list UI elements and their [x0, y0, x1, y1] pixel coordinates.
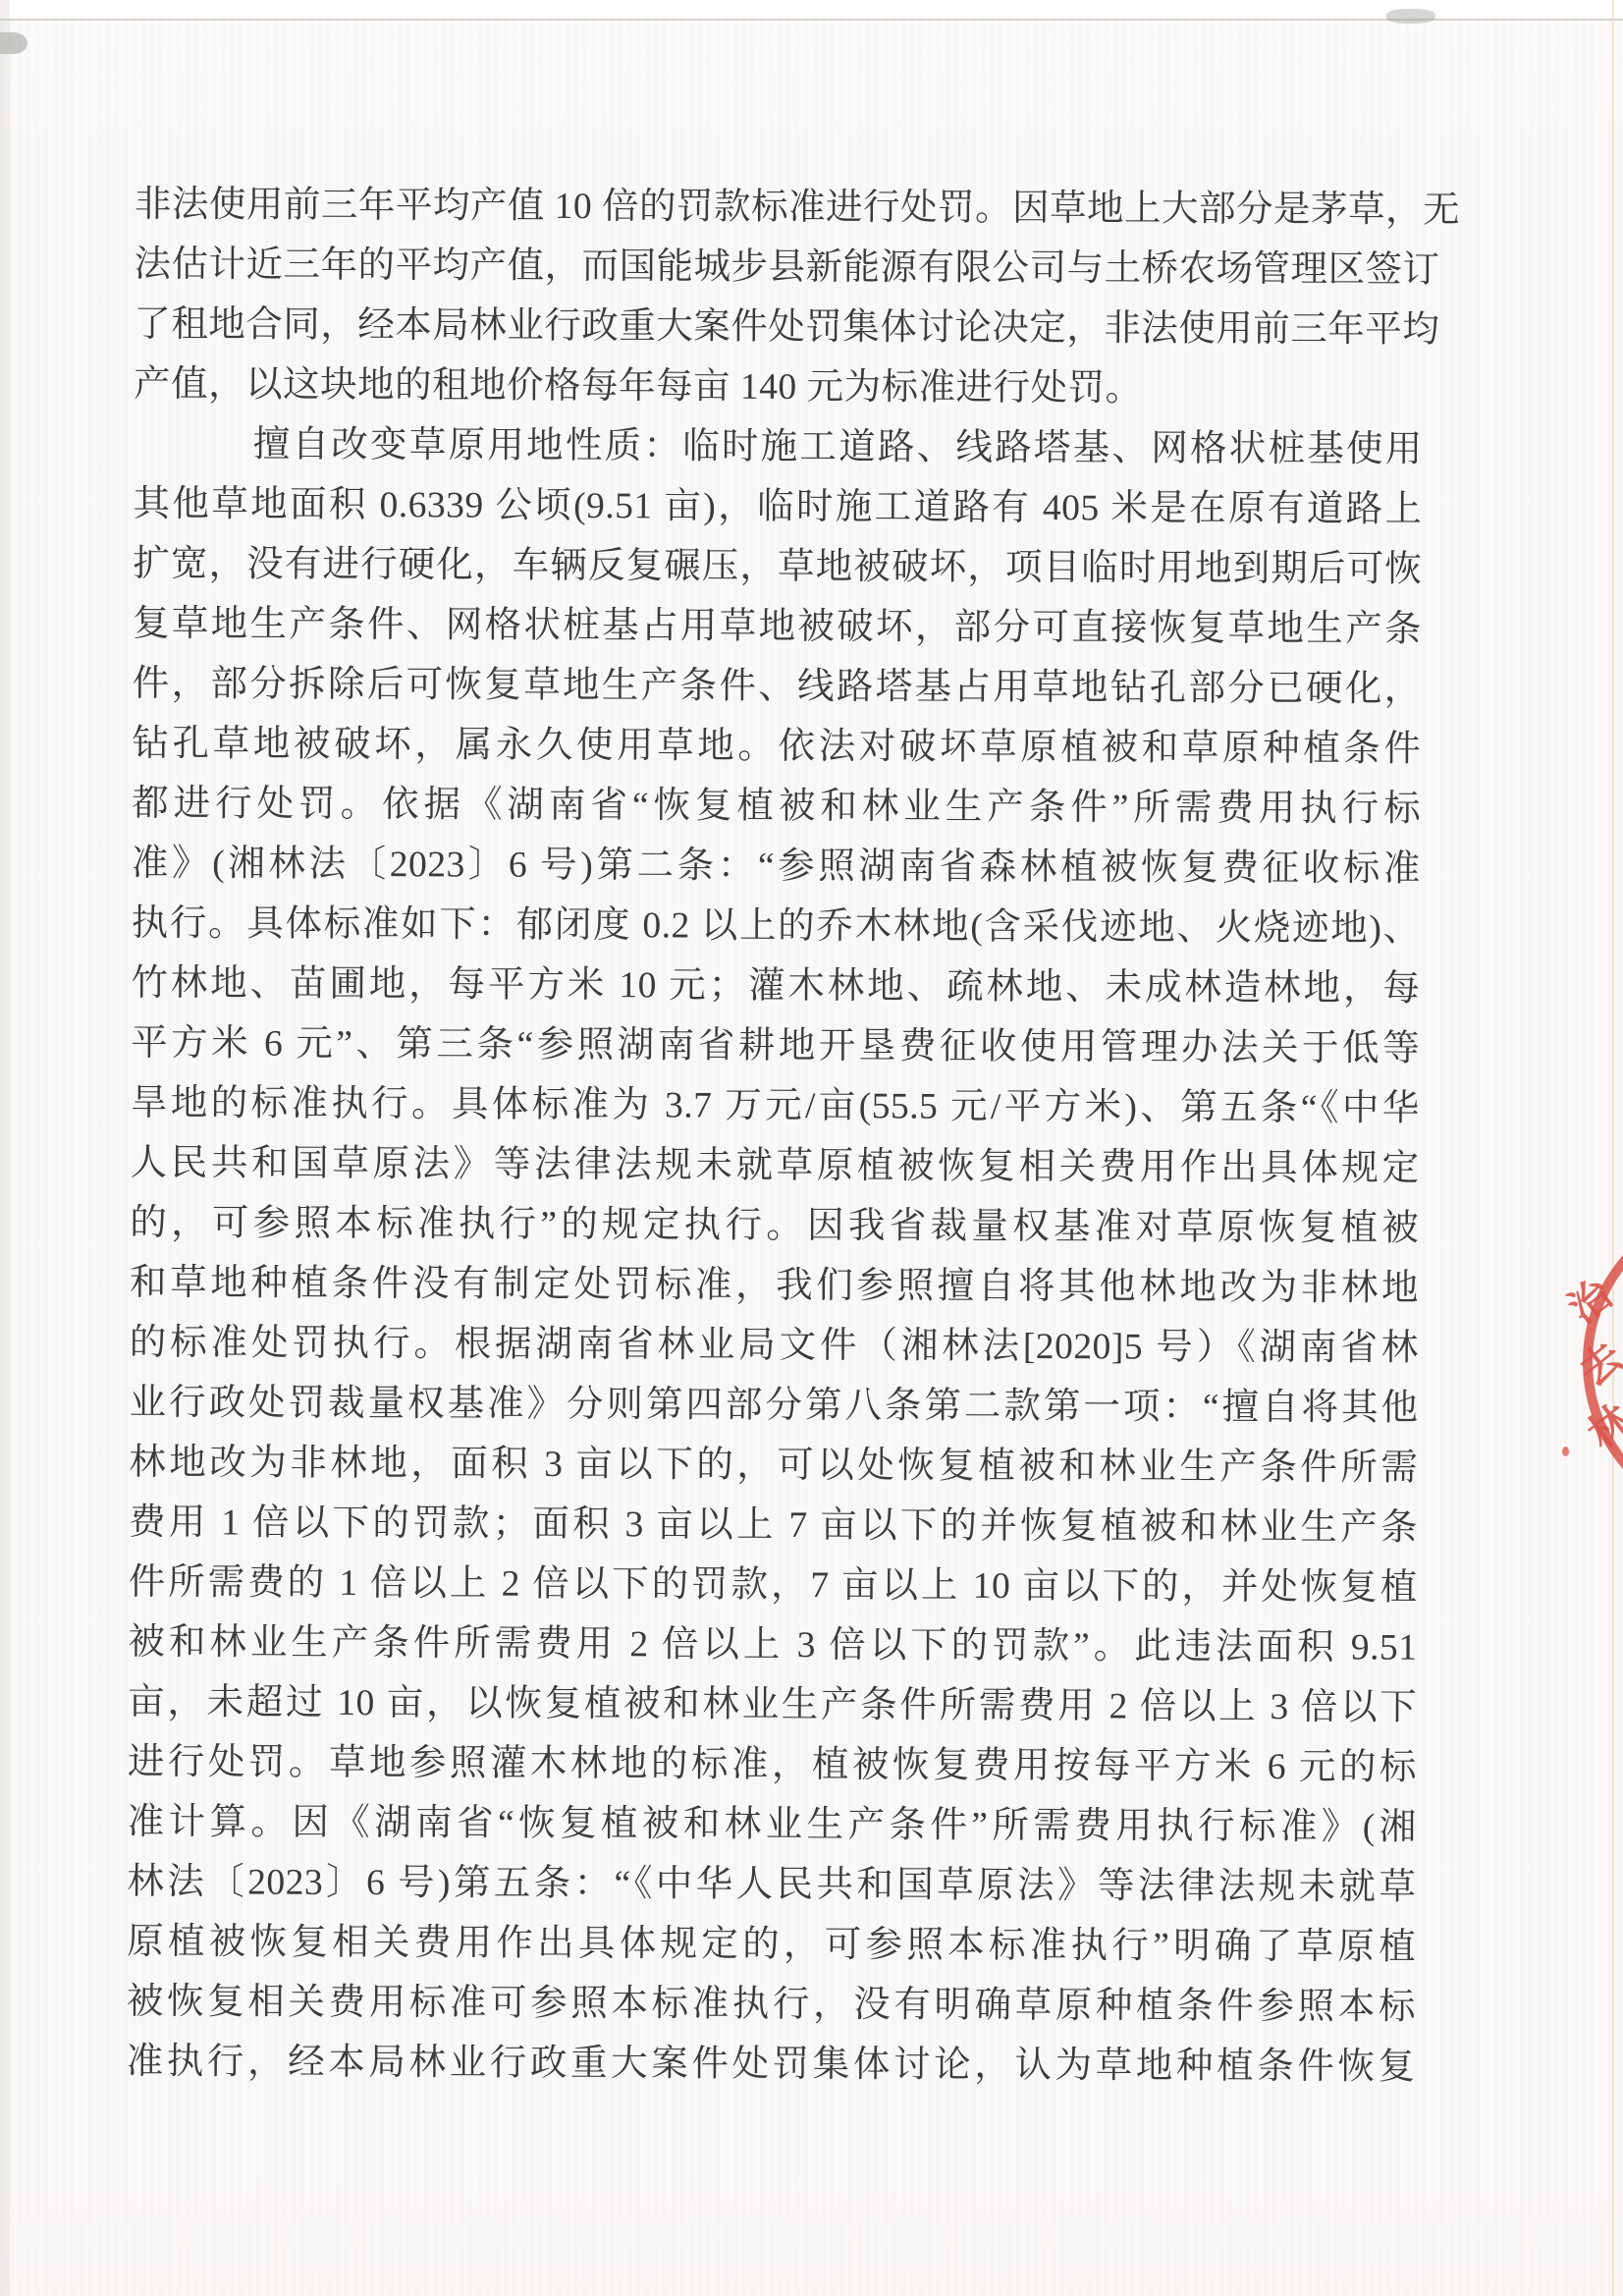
- seal-character: 去: [1565, 1326, 1623, 1397]
- text-line: 准执行，经本局林业行政重大案件处罚集体讨论，认为草地种植条件恢复: [126, 2032, 1415, 2098]
- text-line: 准计算。因《湖南省“恢复植被和林业生产条件”所需费用执行标准》(湘: [128, 1792, 1417, 1858]
- paper-edge-line: [1612, 0, 1614, 2296]
- scanned-page: 非法使用前三年平均产值 10 倍的罚款标准进行处罚。因草地上大部分是茅草，无法估…: [0, 0, 1623, 2296]
- text-line: 擅自改变草原用地性质：临时施工道路、线路塔基、网格状桩基使用: [134, 414, 1423, 480]
- text-line: 平方米 6 元”、第三条“参照湖南省耕地开垦费征收使用管理办法关于低等: [131, 1013, 1420, 1079]
- text-line: 件，部分拆除后可恢复草地生产条件、线路塔基占用草地钻孔部分已硬化，: [133, 654, 1422, 720]
- document-body: 非法使用前三年平均产值 10 倍的罚款标准进行处罚。因草地上大部分是茅草，无法估…: [126, 175, 1424, 2098]
- text-line: 和草地种植条件没有制定处罚标准，我们参照擅自将其他林地改为非林地: [130, 1253, 1419, 1319]
- text-line: 准》(湘林法〔2023〕6 号)第二条：“参照湖南省森林植被恢复费征收标准: [132, 834, 1421, 900]
- text-line: 法估计近三年的平均产值，而国能城步县新能源有限公司与土桥农场管理区签订: [134, 235, 1423, 301]
- text-line: 件所需费的 1 倍以上 2 倍以下的罚款，7 亩以上 10 亩以下的，并处恢复植: [129, 1553, 1418, 1618]
- text-line: 其他草地面积 0.6339 公顷(9.51 亩)，临时施工道路有 405 米是在…: [133, 474, 1422, 540]
- text-line: 亩，未超过 10 亩，以恢复植被和林业生产条件所需费用 2 倍以上 3 倍以下: [128, 1672, 1417, 1738]
- text-line: 的标准处罚执行。根据湖南省林业局文件（湘林法[2020]5 号）《湖南省林: [130, 1313, 1419, 1379]
- seal-ink-dot: [1562, 1447, 1569, 1456]
- text-line: 林法〔2023〕6 号)第五条：“《中华人民共和国草原法》等法律法规未就草: [127, 1852, 1416, 1918]
- text-line: 复草地生产条件、网格状桩基占用草地被破坏，部分可直接恢复草地生产条: [133, 594, 1422, 660]
- text-line: 原植被恢复相关费用作出具体规定的，可参照本标准执行”明确了草原植: [127, 1912, 1416, 1978]
- text-line: 进行处罚。草地参照灌木林地的标准，植被恢复费用按每平方米 6 元的标: [128, 1732, 1417, 1798]
- scan-artifact-top-strip: [0, 0, 1623, 18]
- scan-artifact-left-edge: [0, 0, 10, 2296]
- text-line: 业行政处罚裁量权基准》分则第四部分第八条第二款第一项：“擅自将其他: [129, 1373, 1418, 1439]
- text-line: 非法使用前三年平均产值 10 倍的罚款标准进行处罚。因草地上大部分是茅草，无: [135, 175, 1424, 241]
- text-line: 费用 1 倍以下的罚款；面积 3 亩以上 7 亩以下的并恢复植被和林业生产条: [129, 1493, 1418, 1558]
- text-line: 扩宽，没有进行硬化，车辆反复碾压，草地被破坏，项目临时用地到期后可恢: [133, 534, 1422, 600]
- text-line: 都进行处罚。依据《湖南省“恢复植被和林业生产条件”所需费用执行标: [132, 774, 1421, 840]
- text-line: 的，可参照本标准执行”的规定执行。因我省裁量权基准对草原恢复植被: [130, 1193, 1419, 1259]
- text-line: 人民共和国草原法》等法律法规未就草原植被恢复相关费用作出具体规定: [130, 1133, 1419, 1199]
- text-line: 旱地的标准执行。具体标准为 3.7 万元/亩(55.5 元/平方米)、第五条“《…: [131, 1073, 1420, 1139]
- text-line: 执行。具体标准如下：郁闭度 0.2 以上的乔木林地(含采伐迹地、火烧迹地)、: [132, 894, 1421, 959]
- scan-artifact-corner-right: [1386, 9, 1435, 24]
- text-line: 竹林地、苗圃地，每平方米 10 元；灌木林地、疏林地、未成林造林地，每: [131, 954, 1420, 1019]
- text-line: 产值，以这块地的租地价格每年每亩 140 元为标准进行处罚。: [134, 355, 1423, 420]
- text-line: 林地改为非林地，面积 3 亩以下的，可以处恢复植被和林业生产条件所需: [129, 1433, 1418, 1499]
- text-line: 了租地合同，经本局林业行政重大案件处罚集体讨论决定，非法使用前三年平均: [134, 295, 1423, 360]
- seal-character: 林: [1574, 1389, 1623, 1460]
- scan-artifact-top-line: [0, 19, 1623, 21]
- text-line: 被恢复相关费用标准可参照本标准执行，没有明确草原种植条件参照本标: [127, 1972, 1416, 2038]
- text-line: 被和林业生产条件所需费用 2 倍以上 3 倍以下的罚款”。此违法面积 9.51: [128, 1613, 1417, 1678]
- text-line: 钻孔草地被破坏，属永久使用草地。依法对破坏草原植被和草原种植条件: [132, 714, 1421, 780]
